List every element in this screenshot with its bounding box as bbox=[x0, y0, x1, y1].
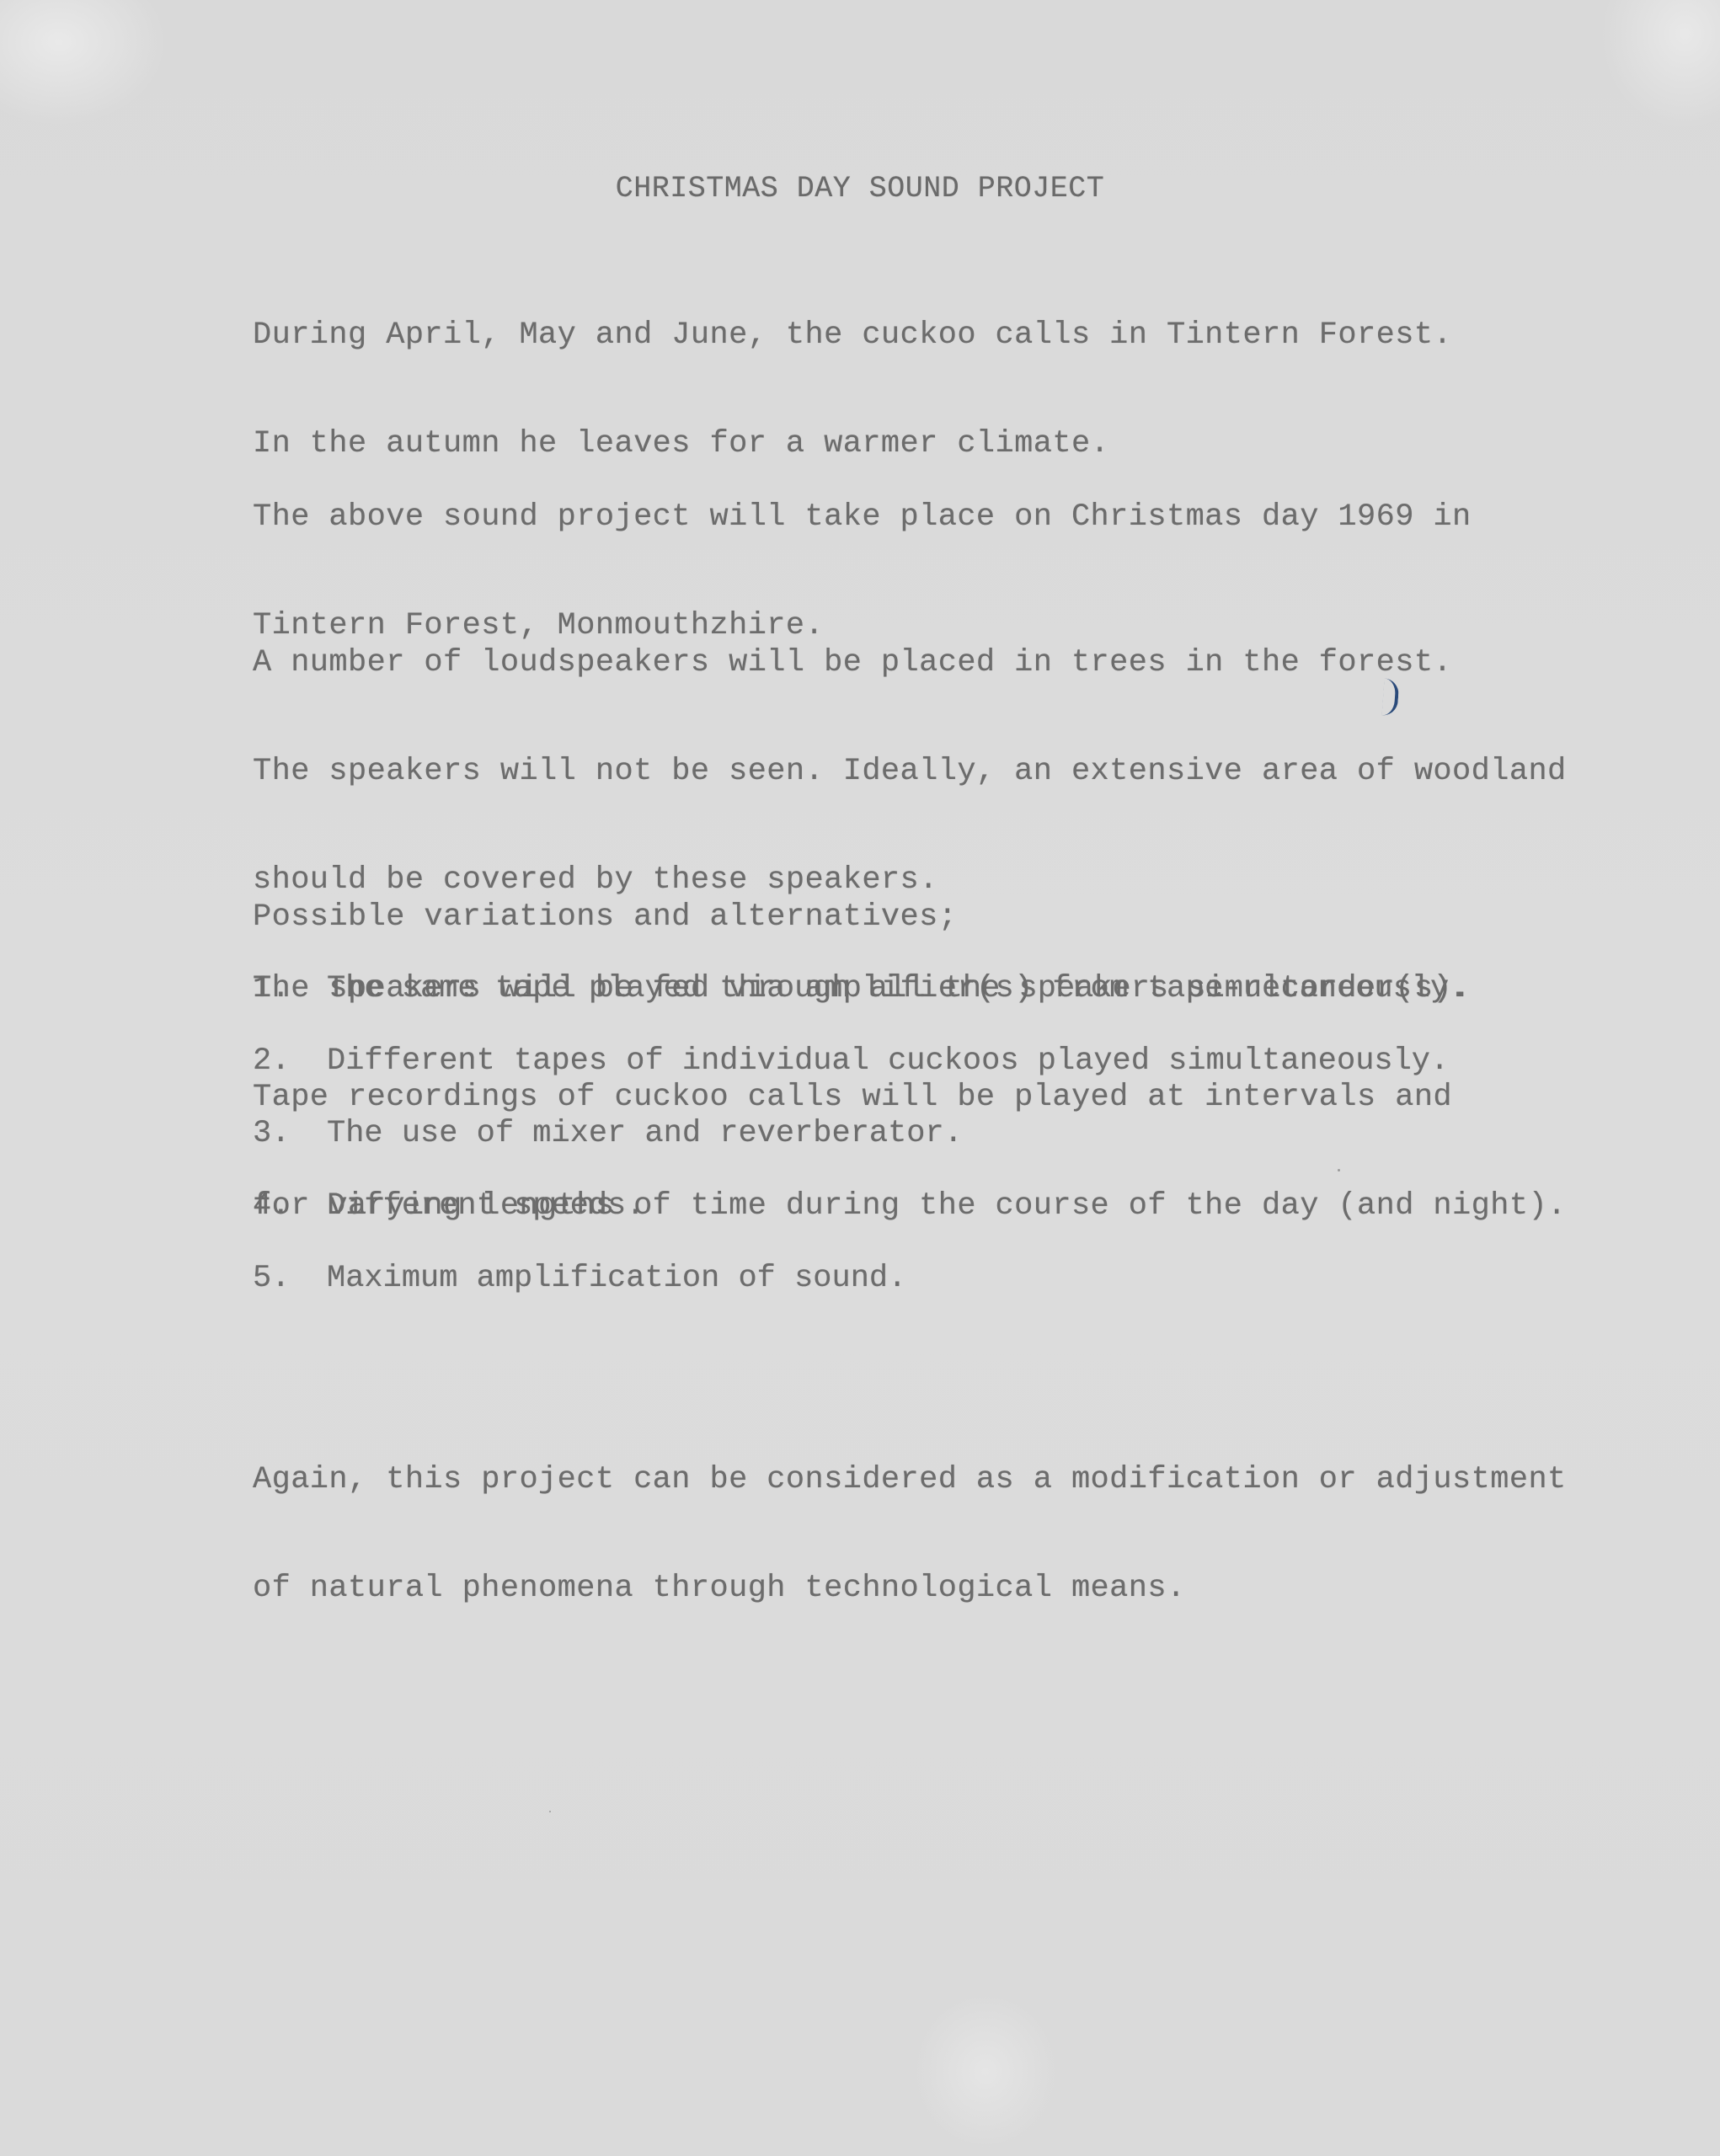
list-number: 2. bbox=[253, 1043, 327, 1080]
list-number: 1. bbox=[253, 971, 327, 1007]
document-title: CHRISTMAS DAY SOUND PROJECT bbox=[0, 172, 1720, 205]
typed-document-page: CHRISTMAS DAY SOUND PROJECT During April… bbox=[0, 0, 1720, 2156]
list-number: 3. bbox=[253, 1116, 327, 1152]
text-line: of natural phenomena through technologic… bbox=[253, 1571, 1567, 1607]
variation-list-item: 5.Maximum amplification of sound. bbox=[253, 1261, 906, 1297]
list-text: Maximum amplification of sound. bbox=[327, 1261, 906, 1296]
variation-list-item: 3.The use of mixer and reverberator. bbox=[253, 1116, 963, 1152]
list-number: 4. bbox=[253, 1188, 327, 1225]
text-line: Tape recordings of cuckoo calls will be … bbox=[253, 1080, 1567, 1116]
variation-list-item: 2.Different tapes of individual cuckoos … bbox=[253, 1043, 1449, 1080]
paper-speck bbox=[1338, 1169, 1340, 1171]
text-line: The above sound project will take place … bbox=[253, 499, 1472, 536]
list-number: 5. bbox=[253, 1261, 327, 1297]
list-text: The use of mixer and reverberator. bbox=[327, 1116, 963, 1151]
text-line: should be covered by these speakers. bbox=[253, 862, 1567, 899]
text-line: Again, this project can be considered as… bbox=[253, 1462, 1567, 1498]
text-line: A number of loudspeakers will be placed … bbox=[253, 645, 1567, 681]
variations-heading: Possible variations and alternatives; bbox=[253, 899, 957, 936]
paragraph-conclusion: Again, this project can be considered as… bbox=[253, 1390, 1567, 1679]
text-line: The speakers will not be seen. Ideally, … bbox=[253, 754, 1567, 790]
variation-list-item: 4.Different speeds. bbox=[253, 1188, 644, 1225]
text-line: During April, May and June, the cuckoo c… bbox=[253, 318, 1452, 354]
list-text: The same tape played through all the spe… bbox=[327, 971, 1467, 1006]
paper-speck bbox=[549, 1811, 551, 1812]
list-text: Different speeds. bbox=[327, 1188, 644, 1224]
list-text: Different tapes of individual cuckoos pl… bbox=[327, 1043, 1449, 1079]
variation-list-item: 1.The same tape played through all the s… bbox=[253, 971, 1467, 1007]
